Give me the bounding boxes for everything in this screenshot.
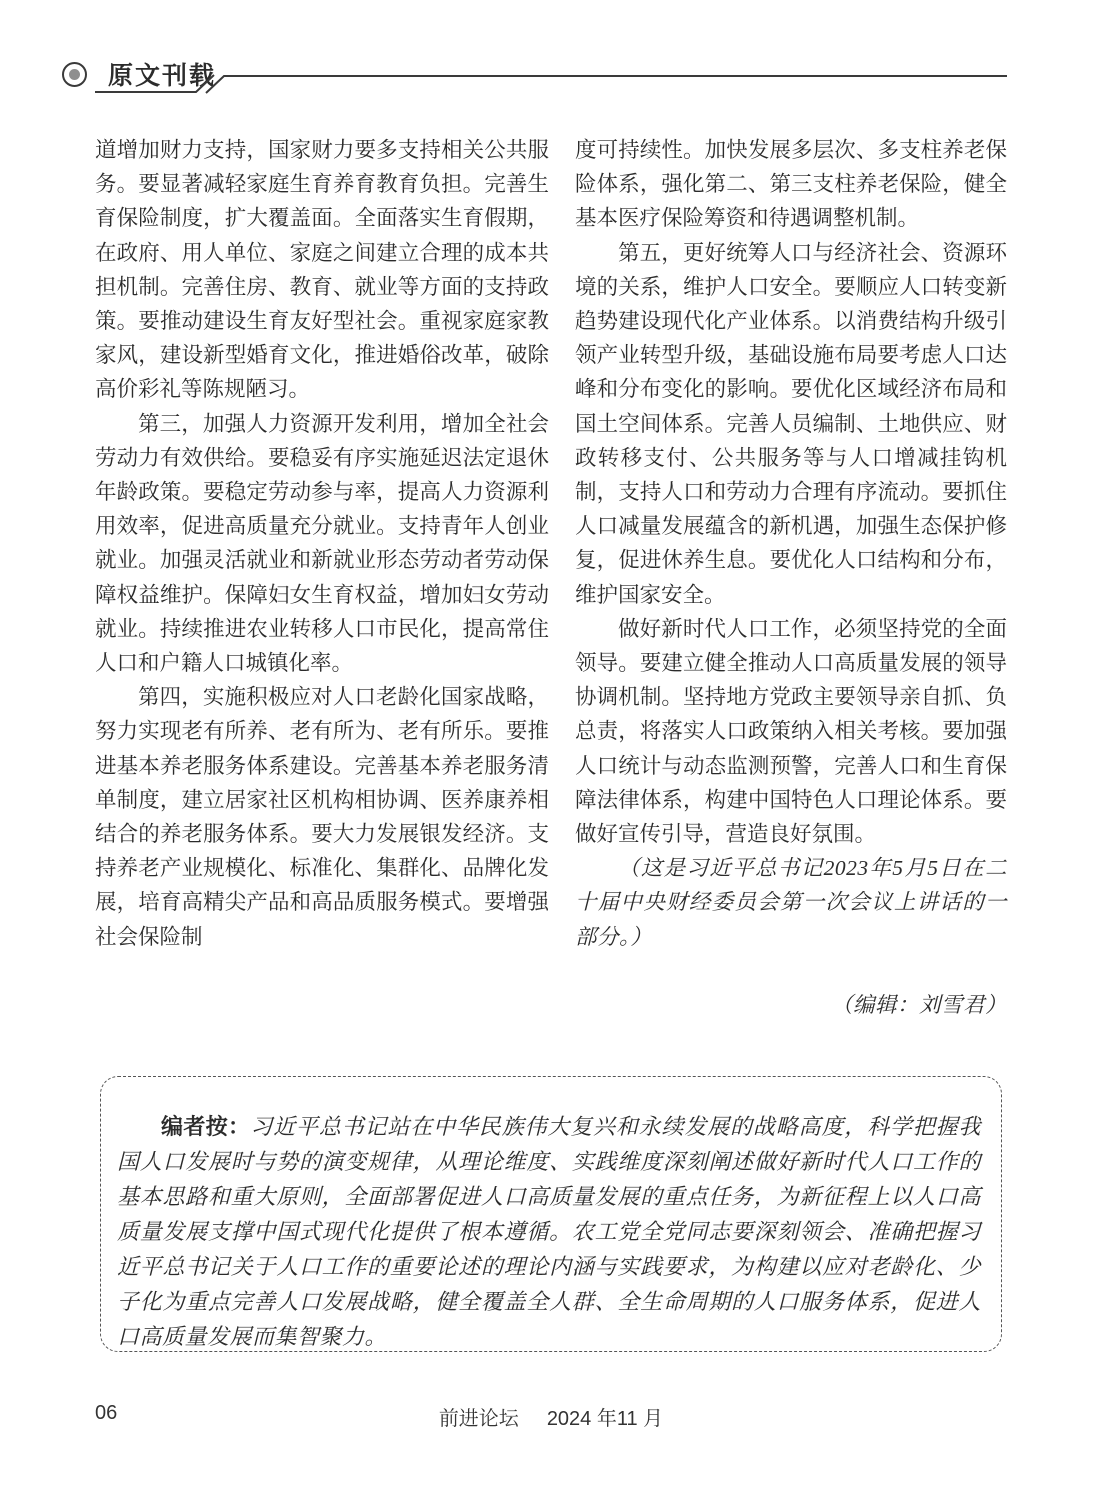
bullet-dot bbox=[69, 69, 80, 80]
issue-date: 2024 年11 月 bbox=[547, 1408, 663, 1430]
left-column: 道增加财力支持，国家财力要多支持相关公共服务。要显著减轻家庭生育养育教育负担。完… bbox=[95, 133, 549, 1022]
magazine-page: 原文刊载 道增加财力支持，国家财力要多支持相关公共服务。要显著减轻家庭生育养育教… bbox=[0, 0, 1102, 1496]
editor-note-label: 编者按： bbox=[161, 1114, 250, 1139]
paragraph-fourth-point: 第四，实施积极应对人口老龄化国家战略，努力实现老有所养、老有所为、老有所乐。要推… bbox=[95, 680, 549, 954]
paragraph-third-point: 第三，加强人力资源开发利用，增加全社会劳动力有效供给。要稳妥有序实施延迟法定退休… bbox=[95, 407, 549, 681]
footer-journal-line: 前进论坛2024 年11 月 bbox=[0, 1402, 1102, 1431]
paragraph-continuation: 度可持续性。加快发展多层次、多支柱养老保险体系，强化第二、第三支柱养老保险，健全… bbox=[575, 133, 1007, 236]
page-number: 06 bbox=[95, 1402, 117, 1425]
editor-note-text: 习近平总书记站在中华民族伟大复兴和永续发展的战略高度，科学把握我国人口发展时与势… bbox=[117, 1114, 981, 1349]
bullet-circle-icon bbox=[62, 62, 87, 87]
article-body: 道增加财力支持，国家财力要多支持相关公共服务。要显著减轻家庭生育养育教育负担。完… bbox=[95, 133, 1007, 1022]
paragraph-continuation: 道增加财力支持，国家财力要多支持相关公共服务。要显著减轻家庭生育养育教育负担。完… bbox=[95, 133, 549, 407]
right-column: 度可持续性。加快发展多层次、多支柱养老保险体系，强化第二、第三支柱养老保险，健全… bbox=[575, 133, 1007, 1022]
editor-note-paragraph: 编者按：习近平总书记站在中华民族伟大复兴和永续发展的战略高度，科学把握我国人口发… bbox=[117, 1109, 981, 1354]
page-footer: 06 前进论坛2024 年11 月 bbox=[0, 1402, 1102, 1432]
source-attribution: （这是习近平总书记2023年5月5日在二十届中央财经委员会第一次会议上讲话的一部… bbox=[575, 851, 1007, 954]
journal-name: 前进论坛 bbox=[439, 1408, 519, 1430]
paragraph-leadership: 做好新时代人口工作，必须坚持党的全面领导。要建立健全推动人口高质量发展的领导协调… bbox=[575, 612, 1007, 851]
paragraph-fifth-point: 第五，更好统筹人口与经济社会、资源环境的关系，维护人口安全。要顺应人口转变新趋势… bbox=[575, 236, 1007, 612]
editor-note-box: 编者按：习近平总书记站在中华民族伟大复兴和永续发展的战略高度，科学把握我国人口发… bbox=[100, 1076, 1002, 1352]
header-rule-line bbox=[95, 68, 1007, 98]
editor-credit: （编辑：刘雪君） bbox=[575, 988, 1007, 1022]
